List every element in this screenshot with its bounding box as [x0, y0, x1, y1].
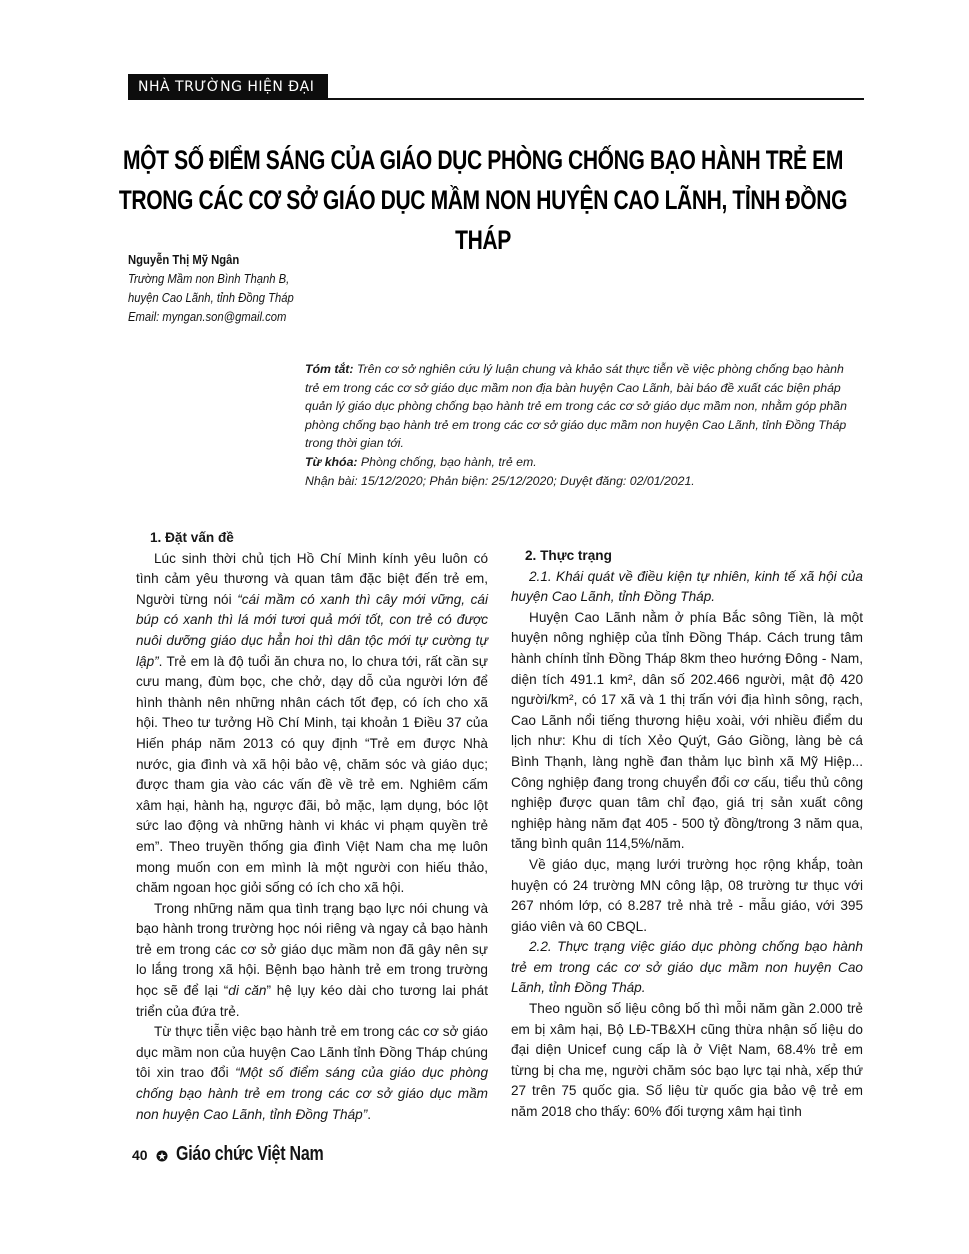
- section-heading-1: 1. Đặt vấn đề: [136, 528, 488, 549]
- paragraph: Trong những năm qua tình trạng bạo lực n…: [136, 899, 488, 1023]
- section-heading-2: 2. Thực trạng: [511, 546, 863, 567]
- magazine-name: Giáo chức Việt Nam: [176, 1143, 323, 1166]
- page-footer: 40 Giáo chức Việt Nam: [132, 1143, 360, 1166]
- header-rule: [328, 74, 864, 100]
- section-header-bar: NHÀ TRƯỜNG HIỆN ĐẠI: [128, 74, 864, 100]
- text-run: .: [367, 1107, 371, 1122]
- star-circle-icon: [156, 1149, 168, 1161]
- quote: di căn: [228, 983, 266, 998]
- abstract-summary: Tóm tắt: Trên cơ sở nghiên cứu lý luận c…: [305, 360, 860, 453]
- paragraph: Huyện Cao Lãnh nằm ở phía Bắc sông Tiền,…: [511, 608, 863, 855]
- abstract-keywords: Từ khóa: Phòng chống, bạo hành, trẻ em.: [305, 453, 860, 472]
- paragraph: Lúc sinh thời chủ tịch Hồ Chí Minh kính …: [136, 549, 488, 899]
- text-run: . Trẻ em là độ tuổi ăn chưa no, lo chưa …: [136, 654, 488, 896]
- paragraph: Về giáo dục, mạng lưới trường học rộng k…: [511, 855, 863, 937]
- author-email: Email: myngan.son@gmail.com: [128, 308, 294, 327]
- body-column-right: 2. Thực trạng 2.1. Khái quát về điều kiệ…: [511, 546, 863, 1123]
- summary-text: Trên cơ sở nghiên cứu lý luận chung và k…: [305, 362, 847, 450]
- title-line-1: MỘT SỐ ĐIỂM SÁNG CỦA GIÁO DỤC PHÒNG CHỐN…: [113, 140, 854, 180]
- paragraph: Theo nguồn số liệu công bố thì mỗi năm g…: [511, 999, 863, 1123]
- paragraph: Từ thực tiễn việc bạo hành trẻ em trong …: [136, 1022, 488, 1125]
- title-line-2: TRONG CÁC CƠ SỞ GIÁO DỤC MẦM NON HUYỆN C…: [113, 180, 854, 260]
- body-column-left: 1. Đặt vấn đề Lúc sinh thời chủ tịch Hồ …: [136, 528, 488, 1125]
- keywords-label: Từ khóa:: [305, 455, 358, 469]
- author-name: Nguyễn Thị Mỹ Ngân: [128, 251, 239, 270]
- section-label: NHÀ TRƯỜNG HIỆN ĐẠI: [128, 74, 328, 100]
- summary-label: Tóm tắt:: [305, 362, 354, 376]
- article-title: MỘT SỐ ĐIỂM SÁNG CỦA GIÁO DỤC PHÒNG CHỐN…: [113, 140, 854, 260]
- subsection-heading-2-1: 2.1. Khái quát về điều kiện tự nhiên, ki…: [511, 567, 863, 608]
- abstract-dates: Nhận bài: 15/12/2020; Phản biện: 25/12/2…: [305, 472, 860, 491]
- author-affiliation-1: Trường Mầm non Bình Thạnh B,: [128, 270, 294, 289]
- author-affiliation-2: huyện Cao Lãnh, tỉnh Đồng Tháp: [128, 289, 294, 308]
- subsection-heading-2-2: 2.2. Thực trạng việc giáo dục phòng chốn…: [511, 937, 863, 999]
- abstract-block: Tóm tắt: Trên cơ sở nghiên cứu lý luận c…: [305, 360, 860, 490]
- page-number: 40: [132, 1147, 148, 1163]
- keywords-text: Phòng chống, bạo hành, trẻ em.: [358, 455, 537, 469]
- author-block: Nguyễn Thị Mỹ Ngân Trường Mầm non Bình T…: [128, 251, 312, 327]
